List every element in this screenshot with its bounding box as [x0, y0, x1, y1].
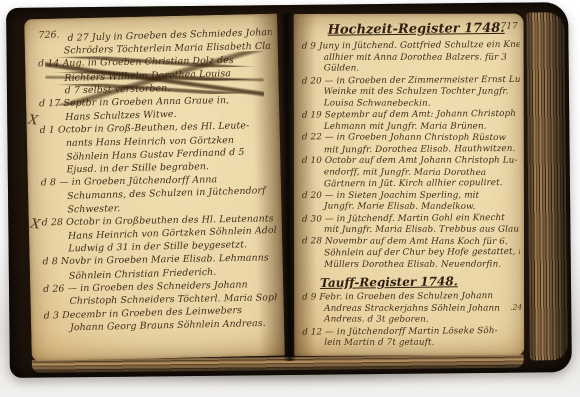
manuscript-line: Gülden. — [302, 63, 520, 75]
manuscript-line: Lehmann mit Jungfr. Maria Brünen. — [302, 121, 520, 133]
right-page: 717 Hochzeit-Register 1748. d 9 Juny in … — [294, 14, 525, 356]
manuscript-line: mit Jungfr. Dorothea Elisab. Hauthwitzen… — [302, 143, 520, 156]
marriage-register-header: Hochzeit-Register 1748. — [328, 21, 524, 38]
page-stack-fore-edge — [526, 12, 568, 360]
manuscript-line: Müllers Dorothea Elisab. Neuendorfin. — [302, 259, 520, 271]
manuscript-line: d 9 Juny in Jütchend. Gottfried Schultze… — [302, 40, 520, 53]
manuscript-line: d 30 — in Jütchendf. Martin Gohl ein Kne… — [302, 212, 520, 225]
manuscript-line: Gärtnern in Jüt. Kirch allhier copuliret… — [302, 178, 520, 191]
manuscript-line: d 9 Febr. in Groeben des Schulzen Johann — [302, 291, 520, 304]
manuscript-line: mit Jungfr. Maria Elisab. Trebbus aus Gl… — [302, 225, 520, 237]
manuscript-line: lein Martin d 7t getauft. — [302, 338, 520, 350]
manuscript-line: d 12 — in Jütchendorff Martin Löseke Söh… — [302, 325, 520, 338]
manuscript-line: Söhnlein auf der Chur bey Hofe gestattet… — [302, 247, 520, 260]
manuscript-line: Weinke mit des Schulzen Tochter Jungfr. — [302, 87, 520, 99]
manuscript-line: d 20 — in Groeben der Zimmermeister Erns… — [302, 74, 520, 87]
margin-note: .24 — [510, 303, 522, 312]
manuscript-line: d 20 — in Sieten Joachim Sperling, mit — [302, 190, 520, 202]
baptism-register-header: Tauff-Register 1748. — [320, 273, 524, 289]
manuscript-line: d 19 Septembr auf dem Amt: Johann Christ… — [302, 109, 520, 122]
manuscript-line: Andreas. d 3t geboren. — [302, 314, 520, 326]
manuscript-line: d 10 Octobr auf dem Amt Johann Christoph… — [302, 156, 520, 168]
manuscript-line: Jungfr. Marie Elisab. Mandelkow. — [302, 201, 520, 213]
baptism-register-text: d 9 Febr. in Groeben des Schulzen Johann… — [294, 292, 524, 350]
manuscript-line: d 22 — in Groeben Johann Christoph Rüsto… — [302, 132, 520, 144]
left-page: 726. X X d 27 July in Groeben des Schmie… — [24, 14, 285, 362]
open-register-book: 726. X X d 27 July in Groeben des Schmie… — [6, 2, 572, 378]
marriage-register-text: d 9 Juny in Jütchend. Gottfried Schultze… — [294, 41, 524, 271]
manuscript-line: allhier mit Anna Dorothea Balzers. für 3 — [302, 52, 520, 64]
manuscript-line: Andreas Strackerjahns Söhlein Johann — [302, 303, 520, 315]
strikethrough-marks — [45, 51, 264, 106]
photo-background: 726. X X d 27 July in Groeben des Schmie… — [0, 0, 580, 397]
